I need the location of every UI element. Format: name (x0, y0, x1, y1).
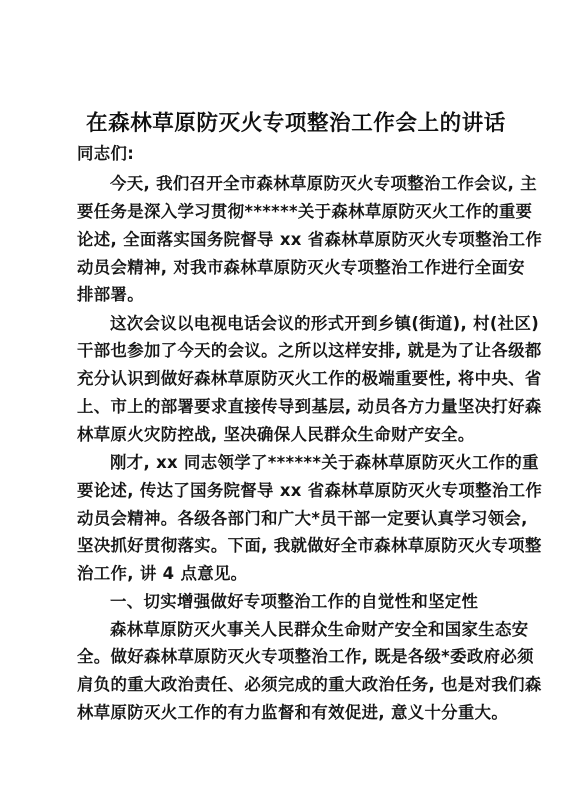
paragraph-line: 要任务是深入学习贯彻******关于森林草原防灭火工作的重要 (77, 198, 532, 222)
paragraph-line: 刚才, xx 同志领学了******关于森林草原防灭火工作的重 (110, 449, 539, 473)
paragraph-line: 充分认识到做好森林草原防灭火工作的极端重要性, 将中央、省 (77, 365, 542, 389)
paragraph-line: 森林草原防灭火事关人民群众生命财产安全和国家生态安 (110, 616, 529, 640)
document-title: 在森林草原防灭火专项整治工作会上的讲话 (86, 106, 506, 137)
paragraph-line: 要论述, 传达了国务院督导 xx 省森林草原防灭火专项整治工作 (77, 477, 542, 501)
paragraph-line: 林草原火灾防控战, 坚决确保人民群众生命财产安全。 (77, 421, 475, 445)
paragraph-line: 全。做好森林草原防灭火专项整治工作, 既是各级*委政府必须 (77, 643, 534, 667)
paragraph-line: 肩负的重大政治责任、必须完成的重大政治任务, 也是对我们森 (77, 671, 542, 695)
paragraph-line: 论述, 全面落实国务院督导 xx 省森林草原防灭火专项整治工作 (77, 226, 542, 250)
paragraph-line: 这次会议以电视电话会议的形式开到乡镇(街道), 村(社区) (110, 310, 539, 334)
paragraph-line: 排部署。 (77, 281, 144, 305)
salutation: 同志们: (77, 140, 134, 164)
section-heading: 一、切实增强做好专项整治工作的自觉性和坚定性 (110, 588, 478, 612)
paragraph-line: 坚决抓好贯彻落实。下面, 我就做好全市森林草原防灭火专项整 (77, 532, 542, 556)
paragraph-line: 林草原防灭火工作的有力监督和有效促进, 意义十分重大。 (77, 699, 508, 723)
paragraph-line: 今天, 我们召开全市森林草原防灭火专项整治工作会议, 主 (110, 170, 537, 194)
paragraph-line: 动员会精神, 对我市森林草原防灭火专项整治工作进行全面安 (77, 254, 525, 278)
document-page: 在森林草原防灭火专项整治工作会上的讲话 同志们: 今天, 我们召开全市森林草原防… (0, 0, 570, 807)
paragraph-line: 干部也参加了今天的会议。之所以这样安排, 就是为了让各级都 (77, 337, 542, 361)
paragraph-line: 动员会精神。各级各部门和广大*员干部一定要认真学习领会, (77, 505, 528, 529)
paragraph-line: 治工作, 讲 4 点意见。 (77, 560, 247, 584)
paragraph-line: 上、市上的部署要求直接传导到基层, 动员各方力量坚决打好森 (77, 393, 542, 417)
